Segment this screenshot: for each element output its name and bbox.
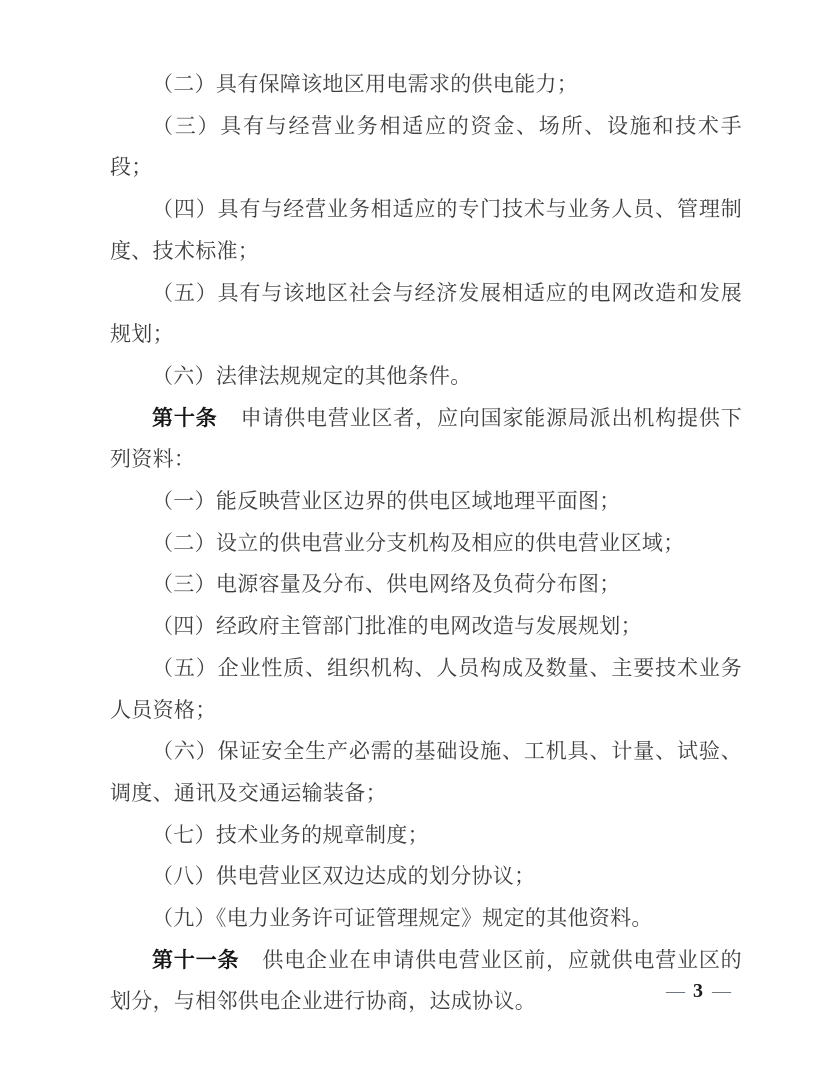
article-paragraph: 第十条申请供电营业区者，应向国家能源局派出机构提供下列资料： <box>110 398 742 481</box>
document-line: （二）设立的供电营业分支机构及相应的供电营业区域； <box>110 523 742 565</box>
document-line: 第十条申请供电营业区者，应向国家能源局派出机构提供下 <box>110 398 742 440</box>
document-line: （二）具有保障该地区用电需求的供电能力； <box>110 64 742 106</box>
document-line: （一）能反映营业区边界的供电区域地理平面图； <box>110 481 742 523</box>
page-number: — 3 — <box>648 980 748 1003</box>
document-line: （五）具有与该地区社会与经济发展相适应的电网改造和发展 <box>110 273 742 315</box>
clause-paragraph: （七）技术业务的规章制度； <box>110 815 742 857</box>
document-line: 规划； <box>110 314 742 356</box>
clause-paragraph: （六）法律法规规定的其他条件。 <box>110 356 742 398</box>
document-line: （六）保证安全生产必需的基础设施、工机具、计量、试验、 <box>110 731 742 773</box>
document-line: 列资料： <box>110 439 742 481</box>
document-line: （三）电源容量及分布、供电网络及负荷分布图； <box>110 564 742 606</box>
page-number-value: 3 <box>693 980 703 1003</box>
clause-paragraph: （四）具有与经营业务相适应的专门技术与业务人员、管理制度、技术标准； <box>110 189 742 272</box>
document-line: （三）具有与经营业务相适应的资金、场所、设施和技术手段； <box>110 106 742 189</box>
clause-paragraph: （八）供电营业区双边达成的划分协议； <box>110 856 742 898</box>
page-number-dash-left: — <box>666 981 684 1003</box>
document-line: （八）供电营业区双边达成的划分协议； <box>110 856 742 898</box>
document-page: （二）具有保障该地区用电需求的供电能力；（三）具有与经营业务相适应的资金、场所、… <box>0 0 840 1091</box>
clause-paragraph: （一）能反映营业区边界的供电区域地理平面图； <box>110 481 742 523</box>
document-line: 调度、通讯及交通运输装备； <box>110 773 742 815</box>
document-line: 度、技术标准； <box>110 231 742 273</box>
article-number-label: 第十条 <box>152 407 217 430</box>
page-number-dash-right: — <box>712 981 730 1003</box>
clause-paragraph: （六）保证安全生产必需的基础设施、工机具、计量、试验、调度、通讯及交通运输装备； <box>110 731 742 814</box>
document-line: （四）具有与经营业务相适应的专门技术与业务人员、管理制 <box>110 189 742 231</box>
document-line: 人员资格； <box>110 690 742 732</box>
document-line: 第十一条供电企业在申请供电营业区前，应就供电营业区的 <box>110 940 742 982</box>
article-number-label: 第十一条 <box>152 949 239 972</box>
clause-paragraph: （五）具有与该地区社会与经济发展相适应的电网改造和发展规划； <box>110 273 742 356</box>
document-body: （二）具有保障该地区用电需求的供电能力；（三）具有与经营业务相适应的资金、场所、… <box>110 64 742 1023</box>
clause-paragraph: （二）具有保障该地区用电需求的供电能力； <box>110 64 742 106</box>
document-line: （五）企业性质、组织机构、人员构成及数量、主要技术业务 <box>110 648 742 690</box>
clause-paragraph: （三）电源容量及分布、供电网络及负荷分布图； <box>110 564 742 606</box>
document-line: （七）技术业务的规章制度； <box>110 815 742 857</box>
clause-paragraph: （四）经政府主管部门批准的电网改造与发展规划； <box>110 606 742 648</box>
document-line: （九）《电力业务许可证管理规定》规定的其他资料。 <box>110 898 742 940</box>
document-line: （六）法律法规规定的其他条件。 <box>110 356 742 398</box>
clause-paragraph: （五）企业性质、组织机构、人员构成及数量、主要技术业务人员资格； <box>110 648 742 731</box>
clause-paragraph: （九）《电力业务许可证管理规定》规定的其他资料。 <box>110 898 742 940</box>
clause-paragraph: （二）设立的供电营业分支机构及相应的供电营业区域； <box>110 523 742 565</box>
clause-paragraph: （三）具有与经营业务相适应的资金、场所、设施和技术手段； <box>110 106 742 189</box>
document-line: （四）经政府主管部门批准的电网改造与发展规划； <box>110 606 742 648</box>
